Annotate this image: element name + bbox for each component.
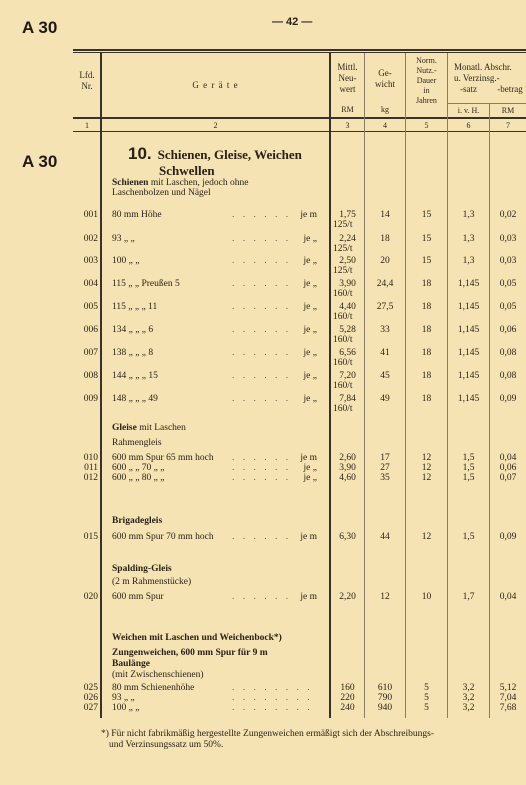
header-lfd-nr: Lfd. Nr. xyxy=(73,70,101,92)
group-heading-text: Baulänge xyxy=(112,659,150,669)
cell-gewicht: 940 xyxy=(365,703,405,713)
row-description: 93 „ „. . . . . . . . . . . .je „ xyxy=(112,234,317,245)
cell-gewicht: 12 xyxy=(365,592,405,602)
cell-gewicht: 18 xyxy=(365,234,405,244)
group-heading: Spalding-Gleis xyxy=(112,564,317,574)
colnum-5: 5 xyxy=(406,120,447,131)
row-number: 010 xyxy=(76,453,98,463)
cell-neuwert-per-ton: 125/t xyxy=(333,244,353,254)
header-sub-rule xyxy=(448,103,526,104)
row-description-text: 148 „ „ „ 49 xyxy=(112,394,158,404)
cell-gewicht: 41 xyxy=(365,348,405,358)
header-nutzungsdauer: Norm. Nutz.- Dauer in Jahren xyxy=(406,56,447,106)
dot-leader: . . . . . . . . . . . . xyxy=(232,234,290,244)
header-satz: -satz xyxy=(448,84,489,95)
group-heading: Zungenweichen, 600 mm Spur für 9 m xyxy=(112,648,317,658)
row-unit: je „ xyxy=(304,463,317,473)
cell-neuwert: 4,60 xyxy=(331,473,364,483)
cell-dauer: 15 xyxy=(406,234,447,244)
group-heading-text: mit Laschen xyxy=(137,423,186,433)
cell-satz: 1,3 xyxy=(448,256,489,266)
cell-gewicht: 24,4 xyxy=(365,279,405,289)
dot-leader: . . . . . . . . . . . . xyxy=(232,592,290,602)
section-code: A 30 xyxy=(22,152,57,172)
group-heading: Rahmengleis xyxy=(112,438,317,448)
colnum-7: 7 xyxy=(490,120,526,131)
col-divider-6 xyxy=(489,104,490,718)
row-number: 020 xyxy=(76,592,98,602)
cell-betrag: 5,12 xyxy=(490,683,526,693)
row-description: 148 „ „ „ 49. . . . . . . . . . . .je „ xyxy=(112,394,317,405)
cell-betrag: 0,02 xyxy=(490,210,526,220)
cell-neuwert: 7,20 xyxy=(331,371,364,381)
cell-neuwert-per-ton: 160/t xyxy=(333,358,353,368)
cell-dauer: 5 xyxy=(406,703,447,713)
row-description: 100 „ „. . . . . . . . . . . .je „ xyxy=(112,256,317,267)
header-gewicht: Ge- wicht xyxy=(365,68,405,90)
cell-satz: 1,5 xyxy=(448,532,489,542)
cell-dauer: 12 xyxy=(406,473,447,483)
cell-gewicht: 610 xyxy=(365,683,405,693)
row-unit: je „ xyxy=(304,325,317,335)
row-description: 80 mm Höhe. . . . . . . . . . . .je m xyxy=(112,210,317,221)
group-heading-text: (2 m Rahmenstücke) xyxy=(112,577,191,587)
cell-neuwert-per-ton: 160/t xyxy=(333,381,353,391)
colnum-4: 4 xyxy=(365,120,405,131)
header-geraete: G e r ä t e xyxy=(102,80,329,91)
cell-dauer: 12 xyxy=(406,532,447,542)
cell-gewicht: 27 xyxy=(365,463,405,473)
cell-dauer: 18 xyxy=(406,394,447,404)
row-description-text: 600 mm Spur xyxy=(112,592,164,602)
cell-betrag: 0,03 xyxy=(490,256,526,266)
cell-gewicht: 45 xyxy=(365,371,405,381)
cell-betrag: 0,06 xyxy=(490,325,526,335)
cell-satz: 1,145 xyxy=(448,325,489,335)
cell-neuwert-per-ton: 160/t xyxy=(333,289,353,299)
row-number: 003 xyxy=(76,256,98,266)
dot-leader: . . . . . . . . . . . . xyxy=(232,348,290,358)
row-description-text: 600 „ „ 80 „ „ xyxy=(112,473,165,483)
group-heading-text: mit Laschen, jedoch ohne xyxy=(148,178,248,188)
header-neuwert-unit: RM xyxy=(331,104,364,115)
document-page: A 30 — 42 — A 30 Lfd. Nr. G e r ä t e Mi… xyxy=(0,0,526,785)
group-heading: Brigadegleis xyxy=(112,516,317,526)
table-top-rule-2 xyxy=(73,52,526,53)
cell-betrag: 0,08 xyxy=(490,348,526,358)
row-description-text: 100 „ „ xyxy=(112,703,139,713)
cell-satz: 1,145 xyxy=(448,302,489,312)
section-title: 10.Schienen, Gleise, Weichen Schwellen xyxy=(128,146,302,179)
row-number: 007 xyxy=(76,348,98,358)
row-description-text: 100 „ „ xyxy=(112,256,139,266)
row-number: 026 xyxy=(76,693,98,703)
group-heading-text: Weichen mit Laschen und Weichenbock*) xyxy=(112,633,282,643)
colnum-2: 2 xyxy=(102,120,329,131)
cell-gewicht: 44 xyxy=(365,532,405,542)
row-number: 027 xyxy=(76,703,98,713)
cell-dauer: 18 xyxy=(406,348,447,358)
cell-gewicht: 14 xyxy=(365,210,405,220)
row-number: 001 xyxy=(76,210,98,220)
cell-neuwert: 160 xyxy=(331,683,364,693)
group-heading: Weichen mit Laschen und Weichenbock*) xyxy=(112,633,317,643)
footnote: *) Für nicht fabrikmäßig hergestellte Zu… xyxy=(101,729,521,751)
row-number: 004 xyxy=(76,279,98,289)
cell-neuwert: 6,56 xyxy=(331,348,364,358)
cell-neuwert: 3,90 xyxy=(331,463,364,473)
row-unit: je m xyxy=(300,453,317,463)
group-heading: Baulänge xyxy=(112,659,317,669)
cell-dauer: 15 xyxy=(406,256,447,266)
group-heading-text: Schienen xyxy=(112,178,148,188)
cell-neuwert: 2,60 xyxy=(331,453,364,463)
row-description-text: 138 „ „ „ 8 xyxy=(112,348,153,358)
row-description-text: 93 „ „ xyxy=(112,234,135,244)
cell-dauer: 5 xyxy=(406,683,447,693)
row-number: 015 xyxy=(76,532,98,542)
cell-satz: 1,145 xyxy=(448,279,489,289)
cell-betrag: 0,05 xyxy=(490,302,526,312)
cell-satz: 1,7 xyxy=(448,592,489,602)
cell-gewicht: 20 xyxy=(365,256,405,266)
cell-dauer: 18 xyxy=(406,325,447,335)
cell-dauer: 10 xyxy=(406,592,447,602)
dot-leader: . . . . . . . . . . . . xyxy=(232,279,290,289)
row-description-text: 80 mm Höhe xyxy=(112,210,162,220)
cell-neuwert: 6,30 xyxy=(331,532,364,542)
row-description-text: 600 mm Spur 65 mm hoch xyxy=(112,453,214,463)
cell-betrag: 0,09 xyxy=(490,394,526,404)
row-description-text: 93 „ „ xyxy=(112,693,135,703)
row-unit: je „ xyxy=(304,473,317,483)
row-description-text: 115 „ „ Preußen 5 xyxy=(112,279,180,289)
cell-satz: 1,3 xyxy=(448,234,489,244)
group-heading-text: Brigadegleis xyxy=(112,516,162,526)
cell-betrag: 7,04 xyxy=(490,693,526,703)
row-description: 138 „ „ „ 8. . . . . . . . . . . .je „ xyxy=(112,348,317,359)
group-heading: Laschenbolzen und Nägel xyxy=(112,188,317,198)
header-neuwert: Mittl. Neu- wert xyxy=(331,62,364,95)
cell-satz: 1,145 xyxy=(448,394,489,404)
cell-satz: 3,2 xyxy=(448,693,489,703)
dot-leader: . . . . . . . . . . . . xyxy=(232,703,317,713)
row-unit: je m xyxy=(300,210,317,220)
cell-neuwert-per-ton: 125/t xyxy=(333,266,353,276)
cell-neuwert: 220 xyxy=(331,693,364,703)
row-unit: je m xyxy=(300,532,317,542)
row-number: 008 xyxy=(76,371,98,381)
row-description-text: 80 mm Schienenhöhe xyxy=(112,683,194,693)
col-divider-2 xyxy=(329,53,331,718)
cell-betrag: 0,03 xyxy=(490,234,526,244)
row-description: 600 mm Spur. . . . . . . . . . . .je m xyxy=(112,592,317,603)
row-number: 025 xyxy=(76,683,98,693)
row-number: 009 xyxy=(76,394,98,404)
group-heading-text: Zungenweichen, 600 mm Spur für 9 m xyxy=(112,648,268,658)
header-gewicht-unit: kg xyxy=(365,104,405,115)
cell-dauer: 5 xyxy=(406,693,447,703)
dot-leader: . . . . . . . . . . . . xyxy=(232,325,290,335)
row-description-text: 600 mm Spur 70 mm hoch xyxy=(112,532,214,542)
colnum-6: 6 xyxy=(448,120,489,131)
cell-satz: 3,2 xyxy=(448,703,489,713)
group-heading-text: Laschenbolzen und Nägel xyxy=(112,188,211,198)
page-number: — 42 — xyxy=(272,16,312,28)
dot-leader: . . . . . . . . . . . . xyxy=(232,463,290,473)
cell-neuwert: 1,75 xyxy=(331,210,364,220)
row-description-text: 134 „ „ „ 6 xyxy=(112,325,153,335)
row-description: 100 „ „. . . . . . . . . . . . xyxy=(112,703,317,714)
cell-gewicht: 27,5 xyxy=(365,302,405,312)
dot-leader: . . . . . . . . . . . . xyxy=(232,453,290,463)
cell-neuwert: 2,50 xyxy=(331,256,364,266)
col-divider-5 xyxy=(447,53,448,718)
row-number: 002 xyxy=(76,234,98,244)
cell-satz: 1,5 xyxy=(448,463,489,473)
row-description: 115 „ „ Preußen 5. . . . . . . . . . . .… xyxy=(112,279,317,290)
cell-satz: 1,5 xyxy=(448,473,489,483)
group-heading: Gleise mit Laschen xyxy=(112,423,317,433)
cell-betrag: 7,68 xyxy=(490,703,526,713)
header-satz-unit: i. v. H. xyxy=(448,105,489,116)
group-heading-text: Rahmengleis xyxy=(112,438,162,448)
cell-betrag: 0,04 xyxy=(490,592,526,602)
col-divider-3 xyxy=(364,53,365,718)
dot-leader: . . . . . . . . . . . . xyxy=(232,693,317,703)
row-description: 115 „ „ „ 11. . . . . . . . . . . .je „ xyxy=(112,302,317,313)
cell-dauer: 18 xyxy=(406,371,447,381)
group-heading-text: Spalding-Gleis xyxy=(112,564,172,574)
cell-gewicht: 790 xyxy=(365,693,405,703)
row-description: 134 „ „ „ 6. . . . . . . . . . . .je „ xyxy=(112,325,317,336)
row-unit: je „ xyxy=(304,302,317,312)
cell-satz: 1,145 xyxy=(448,348,489,358)
row-unit: je m xyxy=(300,592,317,602)
cell-neuwert-per-ton: 160/t xyxy=(333,404,353,414)
row-description-text: 600 „ „ 70 „ „ xyxy=(112,463,165,473)
header-betrag: -betrag xyxy=(490,84,526,95)
group-heading: Schienen mit Laschen, jedoch ohne xyxy=(112,178,317,188)
col-divider-1 xyxy=(100,53,102,718)
cell-gewicht: 33 xyxy=(365,325,405,335)
row-description-text: 144 „ „ „ 15 xyxy=(112,371,158,381)
cell-betrag: 0,09 xyxy=(490,532,526,542)
header-betrag-unit: RM xyxy=(490,105,526,116)
header-monatl: Monatl. Abschr. u. Verzinsg.- xyxy=(448,62,526,84)
cell-dauer: 12 xyxy=(406,453,447,463)
cell-neuwert-per-ton: 160/t xyxy=(333,312,353,322)
cell-dauer: 18 xyxy=(406,279,447,289)
dot-leader: . . . . . . . . . . . . xyxy=(232,302,290,312)
group-heading: (mit Zwischenschienen) xyxy=(112,670,317,680)
cell-satz: 1,5 xyxy=(448,453,489,463)
cell-neuwert-per-ton: 125/t xyxy=(333,220,353,230)
cell-neuwert: 3,90 xyxy=(331,279,364,289)
cell-neuwert: 5,28 xyxy=(331,325,364,335)
row-unit: je „ xyxy=(304,371,317,381)
table-top-rule xyxy=(73,49,526,51)
cell-neuwert: 4,40 xyxy=(331,302,364,312)
cell-betrag: 0,07 xyxy=(490,473,526,483)
cell-betrag: 0,06 xyxy=(490,463,526,473)
dot-leader: . . . . . . . . . . . . xyxy=(232,210,290,220)
cell-neuwert: 2,20 xyxy=(331,592,364,602)
cell-gewicht: 49 xyxy=(365,394,405,404)
row-number: 011 xyxy=(76,463,98,473)
cell-satz: 1,145 xyxy=(448,371,489,381)
cell-dauer: 15 xyxy=(406,210,447,220)
row-number: 005 xyxy=(76,302,98,312)
row-number: 006 xyxy=(76,325,98,335)
group-heading-text: Gleise xyxy=(112,423,137,433)
cell-betrag: 0,05 xyxy=(490,279,526,289)
cell-betrag: 0,04 xyxy=(490,453,526,463)
row-unit: je „ xyxy=(304,256,317,266)
colnum-bottom-rule xyxy=(73,131,526,132)
row-unit: je „ xyxy=(304,234,317,244)
cell-dauer: 18 xyxy=(406,302,447,312)
colnum-1: 1 xyxy=(73,120,101,131)
cell-betrag: 0,08 xyxy=(490,371,526,381)
row-unit: je „ xyxy=(304,394,317,404)
row-description: 144 „ „ „ 15. . . . . . . . . . . .je „ xyxy=(112,371,317,382)
row-unit: je „ xyxy=(304,348,317,358)
dot-leader: . . . . . . . . . . . . xyxy=(232,532,290,542)
cell-neuwert: 240 xyxy=(331,703,364,713)
row-description: 600 mm Spur 70 mm hoch. . . . . . . . . … xyxy=(112,532,317,543)
cell-gewicht: 35 xyxy=(365,473,405,483)
section-number: 10. xyxy=(128,144,152,163)
cell-neuwert: 7,84 xyxy=(331,394,364,404)
dot-leader: . . . . . . . . . . . . xyxy=(232,256,290,266)
row-description-text: 115 „ „ „ 11 xyxy=(112,302,157,312)
cell-satz: 1,3 xyxy=(448,210,489,220)
group-heading: (2 m Rahmenstücke) xyxy=(112,577,317,587)
cell-neuwert: 2,24 xyxy=(331,234,364,244)
row-number: 012 xyxy=(76,473,98,483)
header-bottom-rule xyxy=(73,117,526,119)
dot-leader: . . . . . . . . . . . . xyxy=(232,683,317,693)
dot-leader: . . . . . . . . . . . . xyxy=(232,473,290,483)
colnum-3: 3 xyxy=(331,120,364,131)
dot-leader: . . . . . . . . . . . . xyxy=(232,371,290,381)
group-heading-text: (mit Zwischenschienen) xyxy=(112,670,204,680)
cell-gewicht: 17 xyxy=(365,453,405,463)
cell-dauer: 12 xyxy=(406,463,447,473)
row-description: 600 „ „ 80 „ „. . . . . . . . . . . .je … xyxy=(112,473,317,484)
section-code-top: A 30 xyxy=(22,18,57,38)
dot-leader: . . . . . . . . . . . . xyxy=(232,394,290,404)
cell-neuwert-per-ton: 160/t xyxy=(333,335,353,345)
row-unit: je „ xyxy=(304,279,317,289)
cell-satz: 3,2 xyxy=(448,683,489,693)
col-divider-4 xyxy=(405,53,406,718)
